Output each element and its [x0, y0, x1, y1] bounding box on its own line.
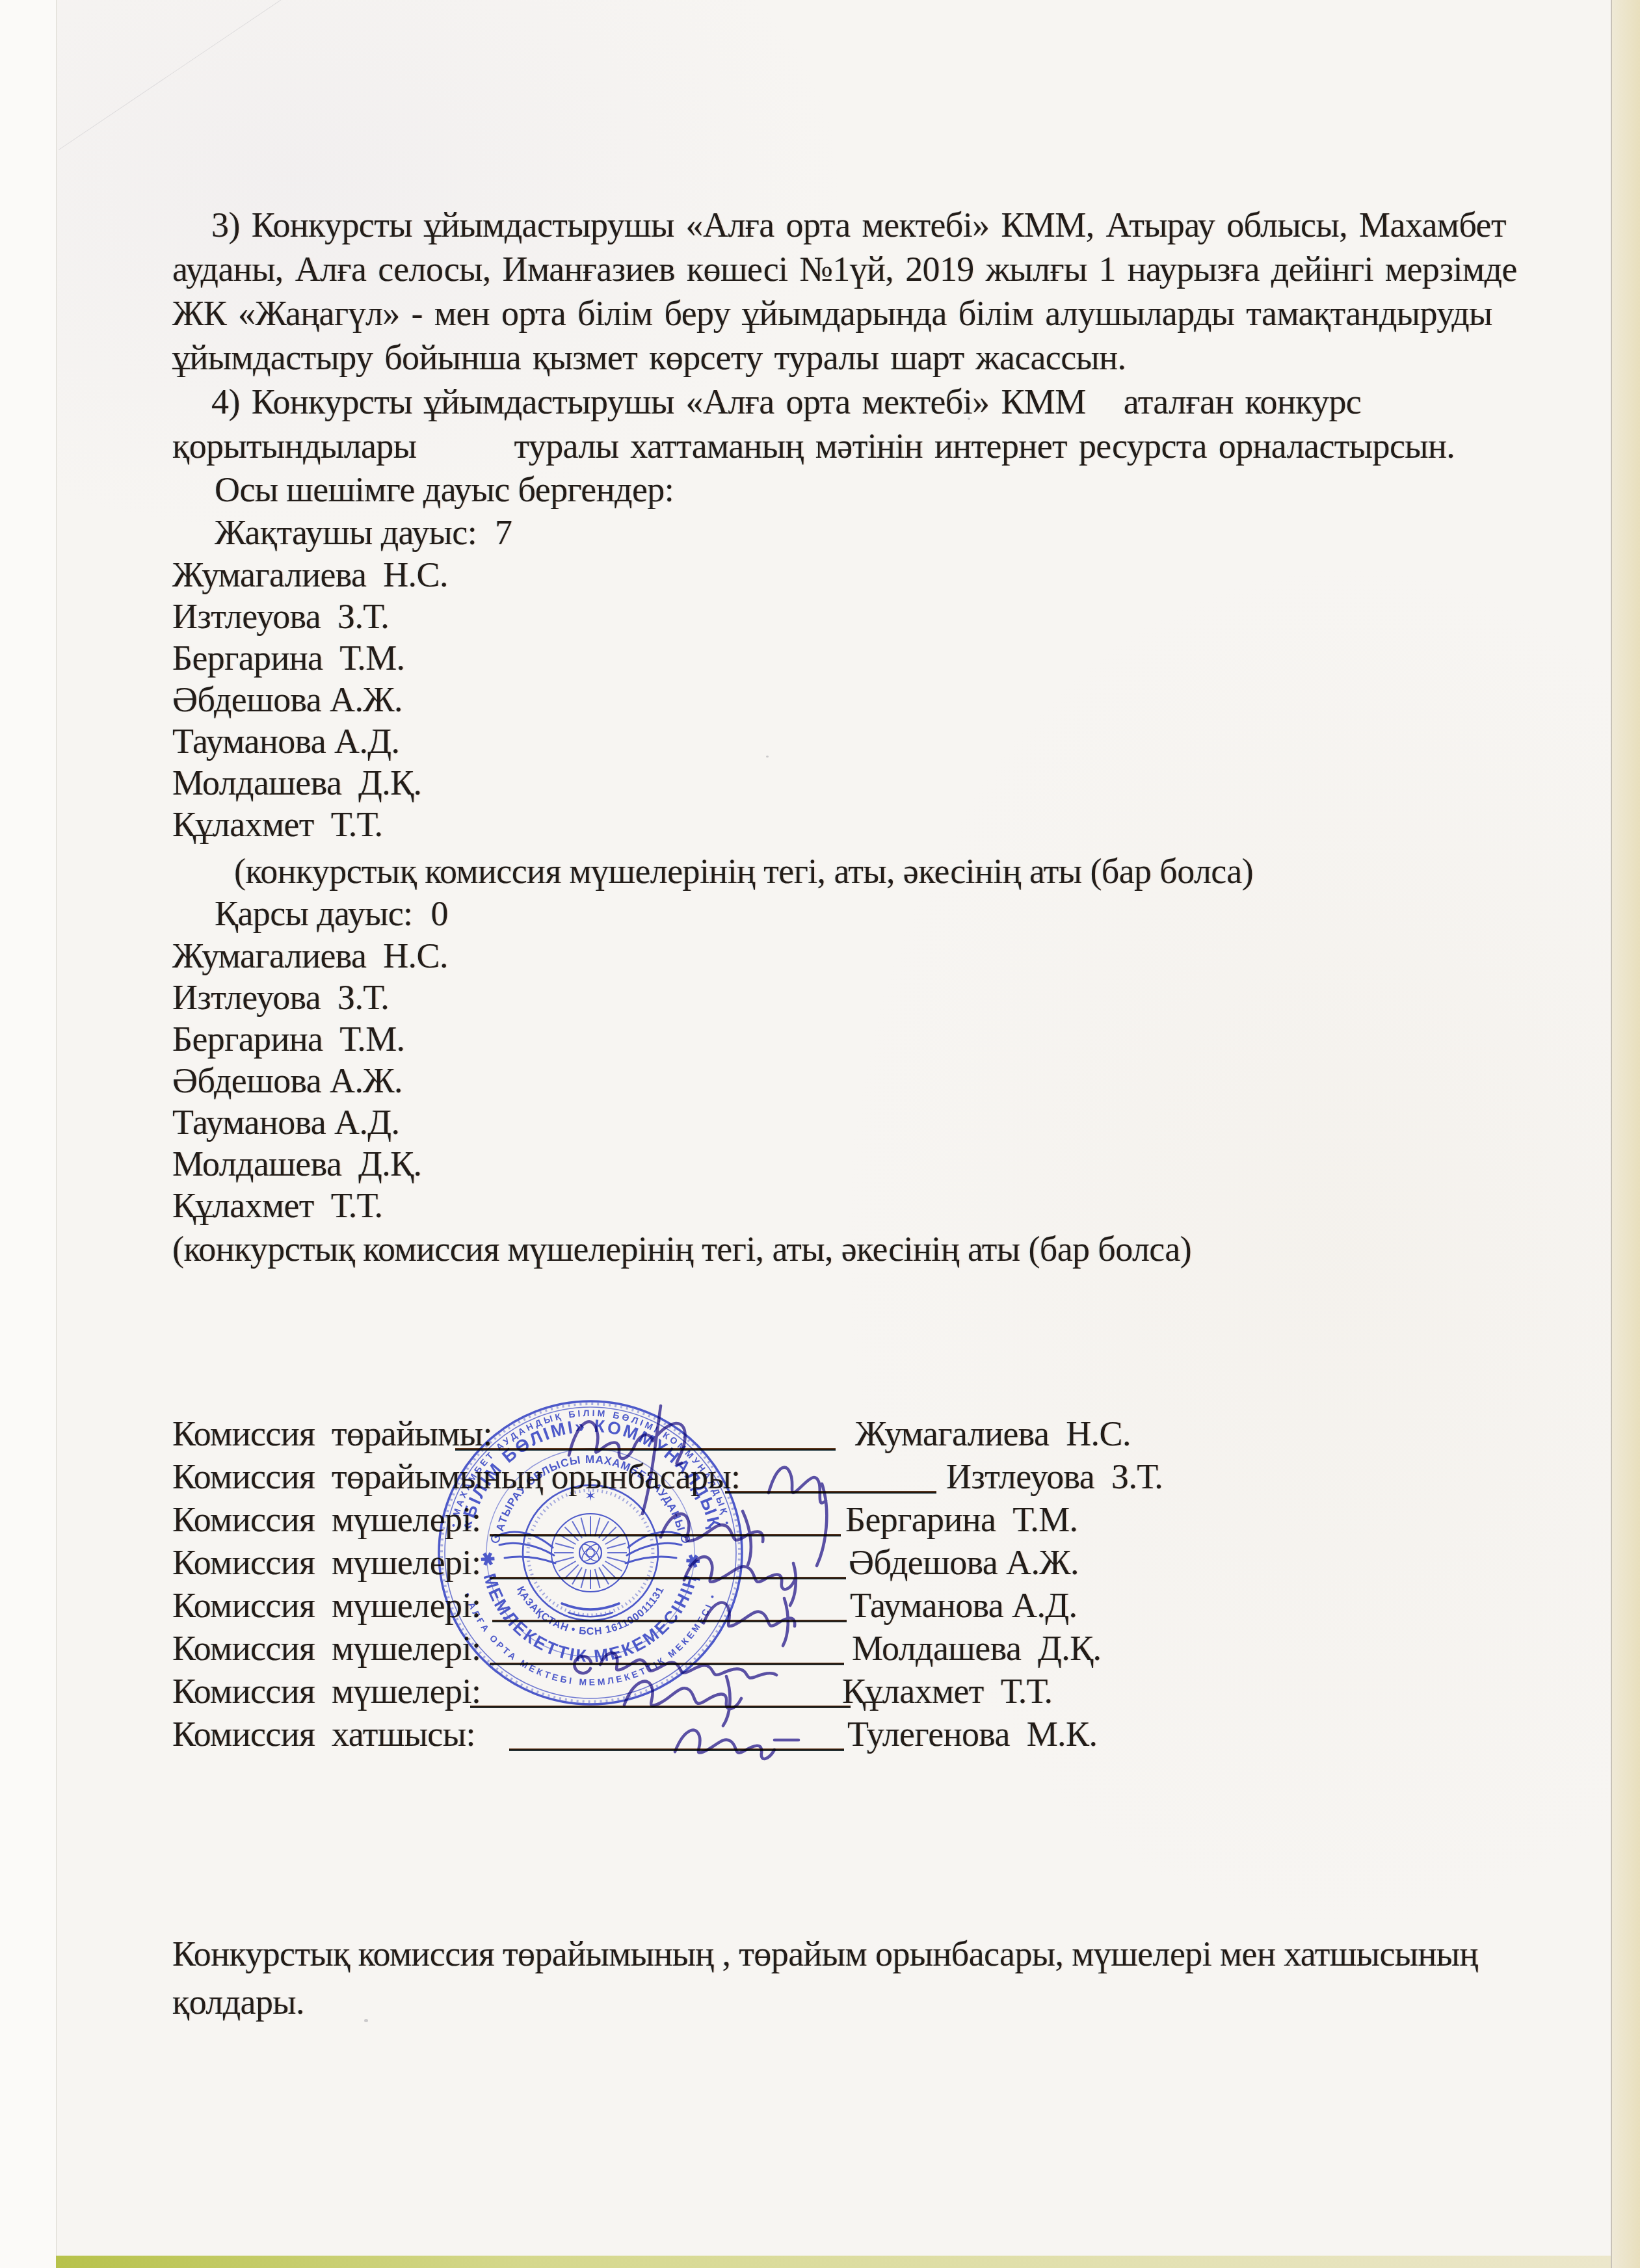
- signature-abdeshova: [684, 1557, 796, 1605]
- members-list-for: Жумагалиева Н.С.Изтлеуова З.Т.Бергарина …: [172, 554, 1479, 845]
- paragraph-4-line-1: 4) Конкурсты ұйымдастырушы «Алға орта ме…: [172, 380, 1479, 424]
- paragraph-3-line-3: ЖК «Жаңагүл» - мен орта білім беру ұйымд…: [172, 291, 1479, 336]
- member-name: Изтлеуова З.Т.: [172, 977, 1479, 1018]
- member-name: Молдашева Д.Қ.: [172, 1143, 1479, 1185]
- member-name: Құлахмет Т.Т.: [172, 804, 1479, 845]
- votes-against-count: 0: [431, 894, 448, 933]
- member-name: Изтлеуова З.Т.: [172, 596, 1479, 637]
- members-note-2: (конкурстық комиссия мүшелерінің тегі, а…: [172, 1229, 1479, 1269]
- signature-bergarina: [661, 1511, 763, 1565]
- scanned-document-page: 3) Конкурсты ұйымдастырушы «Алға орта ме…: [0, 0, 1640, 2268]
- voters-heading: Осы шешімге дауыс бергендер:: [215, 468, 1479, 511]
- member-name: Әбдешова А.Ж.: [172, 679, 1479, 720]
- member-name: Бергарина Т.М.: [172, 1018, 1479, 1060]
- scan-left-margin: [0, 0, 57, 2268]
- document-body: 3) Конкурсты ұйымдастырушы «Алға орта ме…: [172, 203, 1479, 1269]
- paragraph-4-line-2: қорытындыларытуралы хаттаманың мәтінін и…: [172, 424, 1479, 468]
- paragraph-3-line-4: ұйымдастыру бойынша қызмет көрсету турал…: [172, 336, 1479, 380]
- closing-line-1: Конкурстық комиссия төрайымының , төрайы…: [172, 1930, 1505, 1978]
- member-name: Молдашева Д.Қ.: [172, 762, 1479, 804]
- votes-against-line: Қарсы дауыс:0: [215, 892, 1479, 935]
- signature-tulegenova: [675, 1730, 799, 1759]
- dust-speck: [364, 2019, 368, 2022]
- member-name: Жумагалиева Н.С.: [172, 554, 1479, 596]
- closing-paragraph: Конкурстық комиссия төрайымының , төрайы…: [172, 1930, 1505, 2026]
- member-name: Жумагалиева Н.С.: [172, 935, 1479, 977]
- signature-zhumagalieva: [569, 1406, 685, 1514]
- member-name: Бергарина Т.М.: [172, 637, 1479, 679]
- signatures-overlay: [533, 1378, 897, 1834]
- member-name: Тауманова А.Д.: [172, 720, 1479, 762]
- signature-taumanova: [704, 1598, 795, 1646]
- votes-for-label: Жақтаушы дауыс:: [215, 513, 477, 552]
- dust-speck: [968, 417, 970, 420]
- votes-against-label: Қарсы дауыс:: [215, 894, 413, 933]
- paragraph-4-text: 4) Конкурсты ұйымдастырушы «Алға орта ме…: [211, 382, 1086, 421]
- signatory-name: Изтлеуова З.Т.: [946, 1455, 1163, 1498]
- signature-iztleuova: [769, 1468, 827, 1566]
- member-name: Әбдешова А.Ж.: [172, 1060, 1479, 1101]
- paper-crease: [59, 0, 361, 150]
- paragraph-3-line-2: ауданы, Алға селосы, Иманғазиев көшесі №…: [172, 247, 1479, 291]
- paragraph-4-word: қорытындылары: [172, 427, 416, 466]
- votes-for-count: 7: [495, 513, 512, 552]
- signature-kulakhmet: [624, 1676, 741, 1726]
- signature-moldasheva: [574, 1653, 776, 1678]
- members-list-against: Жумагалиева Н.С.Изтлеуова З.Т.Бергарина …: [172, 935, 1479, 1226]
- votes-for-line: Жақтаушы дауыс:7: [215, 511, 1479, 554]
- signature-row-label: Комиссия хатшысы:: [172, 1713, 475, 1756]
- members-note-1: (конкурстық комиссия мүшелерінің тегі, а…: [234, 850, 1479, 892]
- closing-line-2: қолдары.: [172, 1978, 1505, 2026]
- scan-right-edge: [1612, 0, 1640, 2268]
- member-name: Құлахмет Т.Т.: [172, 1185, 1479, 1226]
- dust-speck: [766, 756, 769, 758]
- paragraph-3-line-1: 3) Конкурсты ұйымдастырушы «Алға орта ме…: [172, 203, 1479, 247]
- paragraph-4-text-after: аталған конкурс: [1124, 382, 1362, 421]
- paragraph-4-rest: туралы хаттаманың мәтінін интернет ресур…: [514, 427, 1455, 466]
- member-name: Тауманова А.Д.: [172, 1101, 1479, 1143]
- scan-bottom-edge: [56, 2256, 1611, 2268]
